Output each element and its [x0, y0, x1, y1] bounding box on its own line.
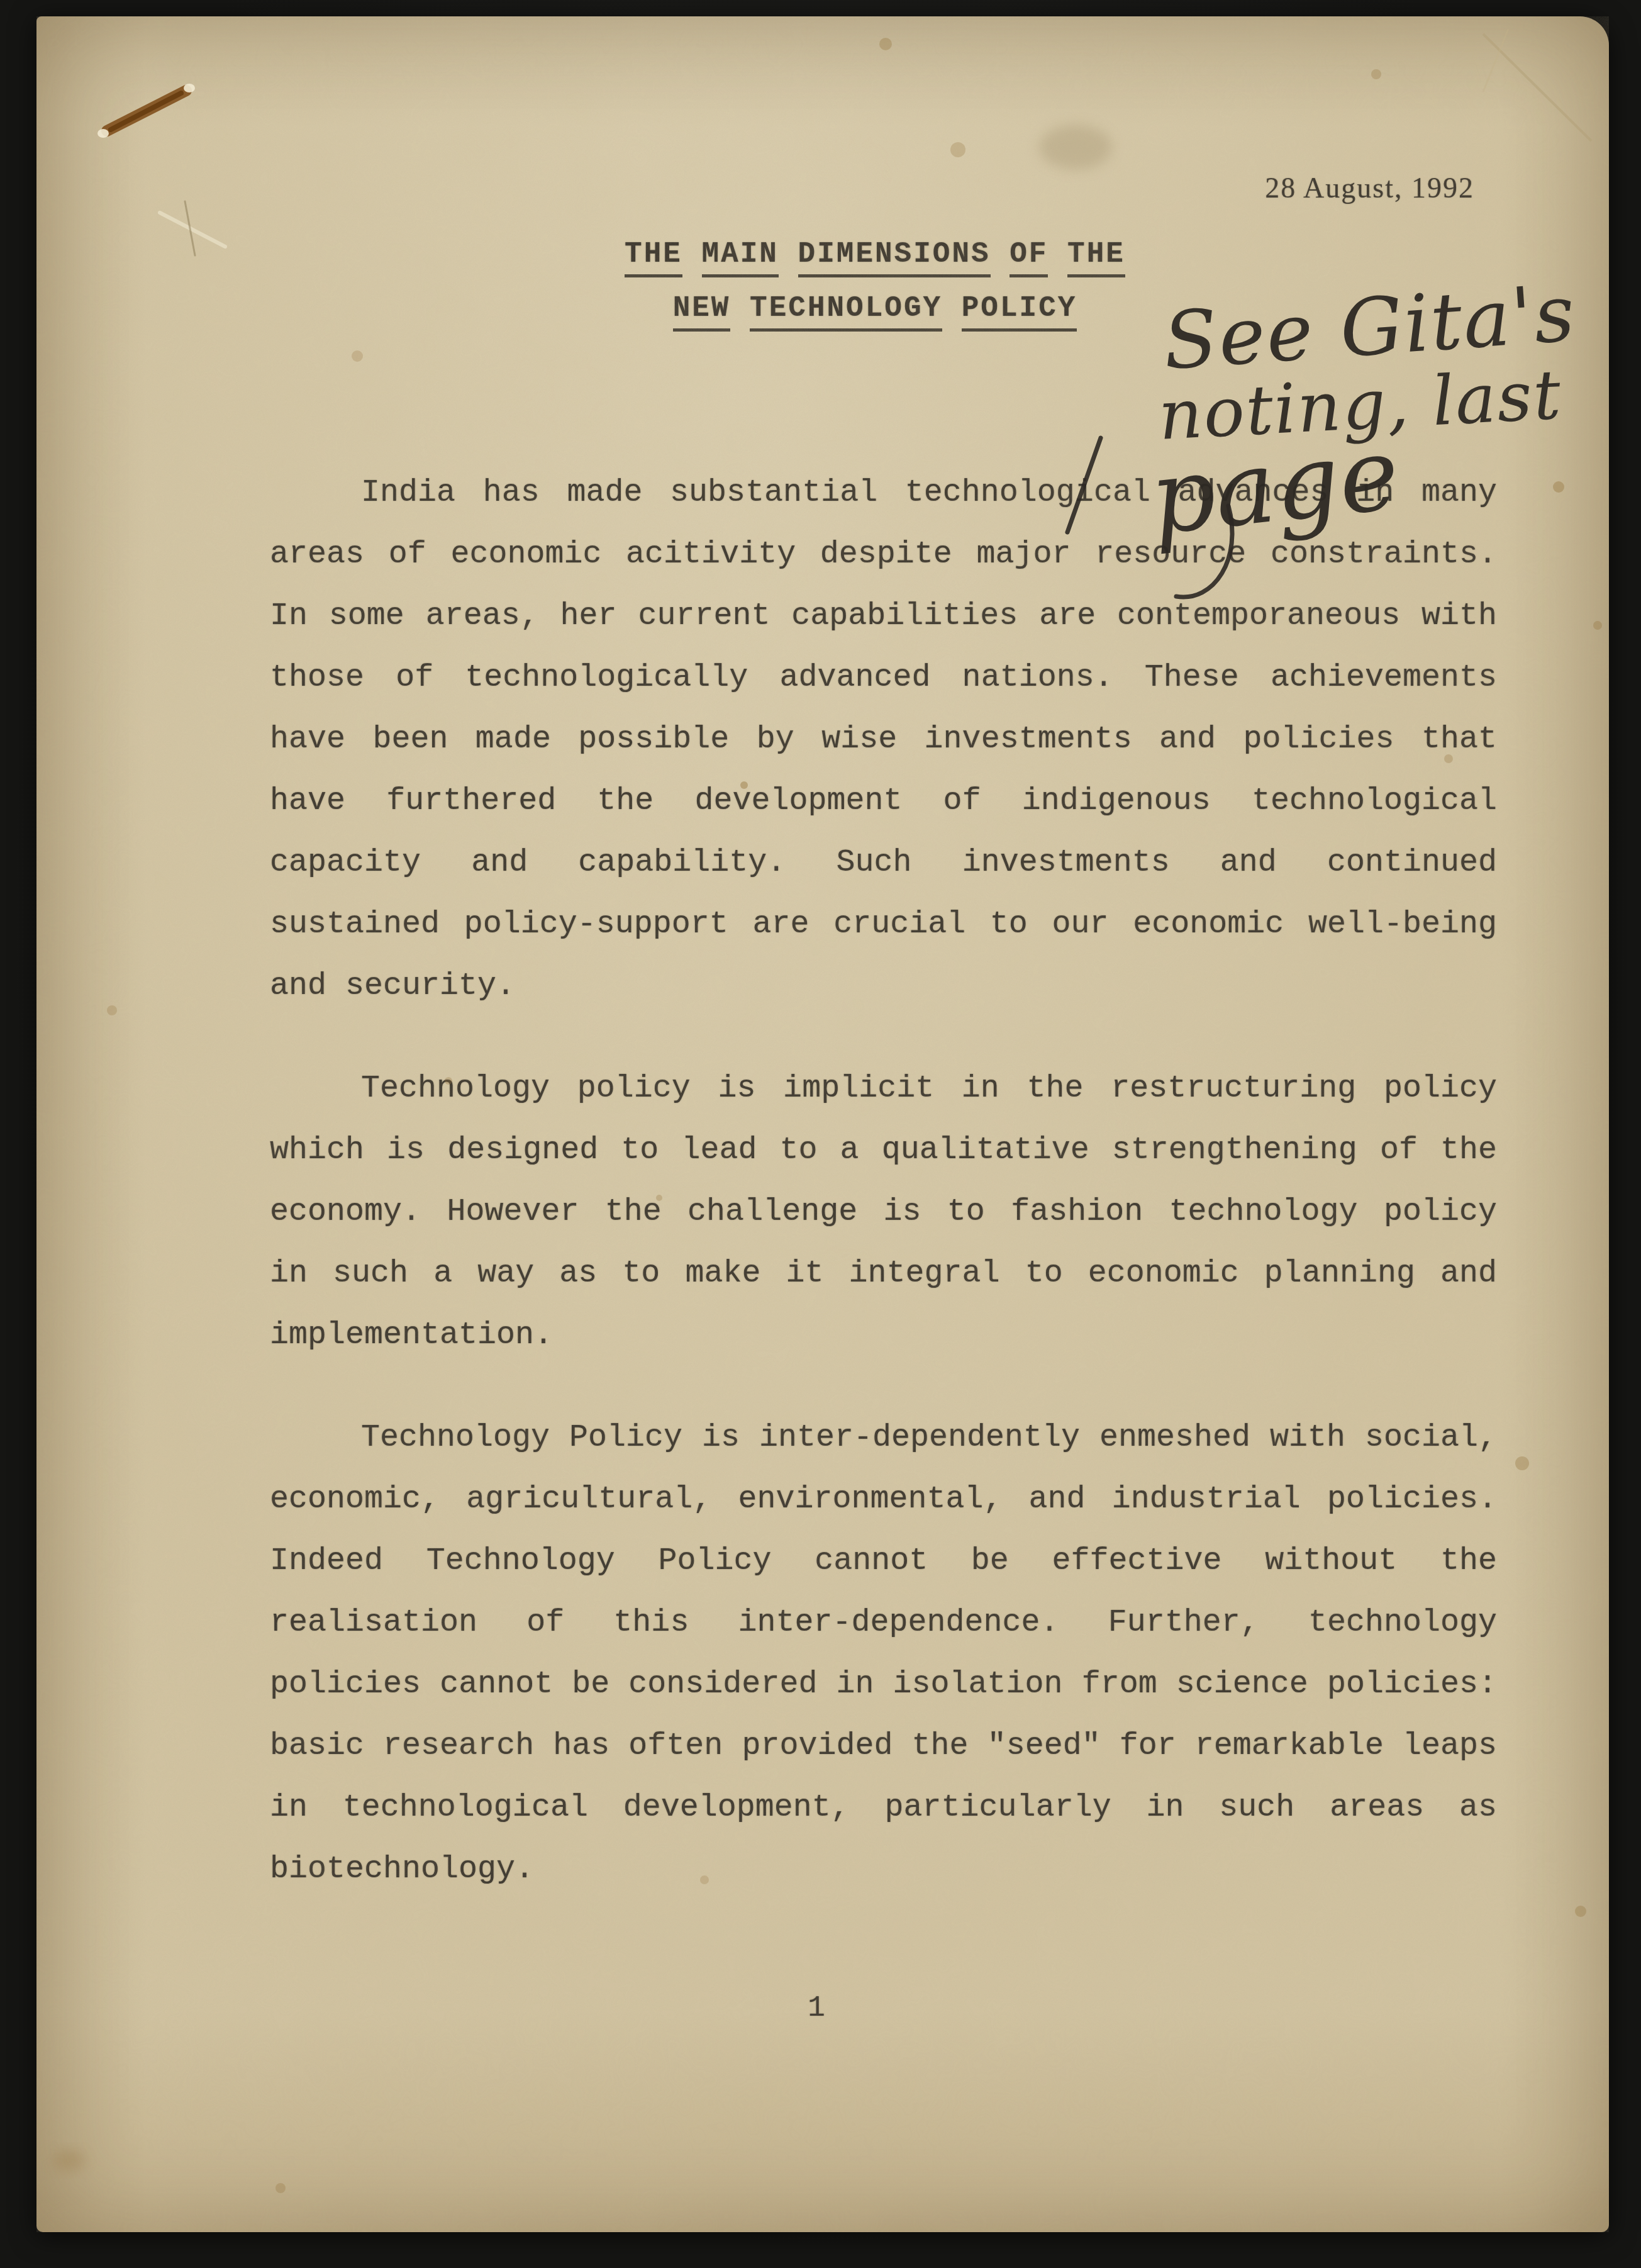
corner-crease — [1483, 34, 1591, 141]
document-page: 28 August, 1992 THE MAIN DIMENSIONS OF T… — [36, 16, 1609, 2232]
body-line: Technology policy is implicit in the res… — [270, 1058, 1497, 1120]
document-title: THE MAIN DIMENSIONS OF THE NEW TECHNOLOG… — [620, 237, 1130, 345]
body-line: Technology Policy is inter-dependently e… — [270, 1407, 1497, 1469]
title-line-2: NEW TECHNOLOGY POLICY — [620, 291, 1130, 326]
body-line: in technological development, particular… — [270, 1777, 1497, 1839]
body-line: biotechnology. — [270, 1839, 1497, 1901]
body-line: capacity and capability. Such investment… — [270, 832, 1497, 894]
rust-stain — [97, 84, 195, 138]
body-line: India has made substantial technological… — [270, 462, 1497, 524]
corner-crease — [1483, 29, 1508, 92]
scratch-mark — [160, 201, 225, 255]
body-line: economy. However the challenge is to fas… — [270, 1181, 1497, 1243]
paragraph-2: Technology policy is implicit in the res… — [270, 1058, 1497, 1366]
body-text: India has made substantial technological… — [270, 462, 1497, 1901]
body-line: in such a way as to make it integral to … — [270, 1243, 1497, 1305]
date: 28 August, 1992 — [1074, 171, 1474, 204]
body-line: and security. — [270, 956, 1497, 1017]
body-line: Indeed Technology Policy cannot be effec… — [270, 1531, 1497, 1592]
body-line: economic, agricultural, environmental, a… — [270, 1469, 1497, 1531]
title-line-1: THE MAIN DIMENSIONS OF THE — [620, 237, 1130, 272]
body-line: basic research has often provided the "s… — [270, 1716, 1497, 1777]
annotation-line-1: See Gita's — [1160, 267, 1579, 387]
body-line: implementation. — [270, 1305, 1497, 1366]
body-line: have been made possible by wise investme… — [270, 709, 1497, 771]
body-line: have furthered the development of indige… — [270, 771, 1497, 832]
body-line: realisation of this inter-dependence. Fu… — [270, 1592, 1497, 1654]
paragraph-3: Technology Policy is inter-dependently e… — [270, 1407, 1497, 1901]
page-number: 1 — [779, 1992, 854, 2025]
body-line: policies cannot be considered in isolati… — [270, 1654, 1497, 1716]
body-line: areas of economic acitivity despite majo… — [270, 524, 1497, 586]
smudge — [1039, 125, 1112, 170]
scan-background: 28 August, 1992 THE MAIN DIMENSIONS OF T… — [0, 0, 1641, 2268]
body-line: In some areas, her current capabilities … — [270, 586, 1497, 647]
paragraph-1: India has made substantial technological… — [270, 462, 1497, 1017]
annotation-line-2: noting, last — [1157, 356, 1564, 455]
body-line: which is designed to lead to a qualitati… — [270, 1120, 1497, 1181]
body-line: sustained policy-support are crucial to … — [270, 894, 1497, 956]
body-line: those of technologically advanced nation… — [270, 647, 1497, 709]
